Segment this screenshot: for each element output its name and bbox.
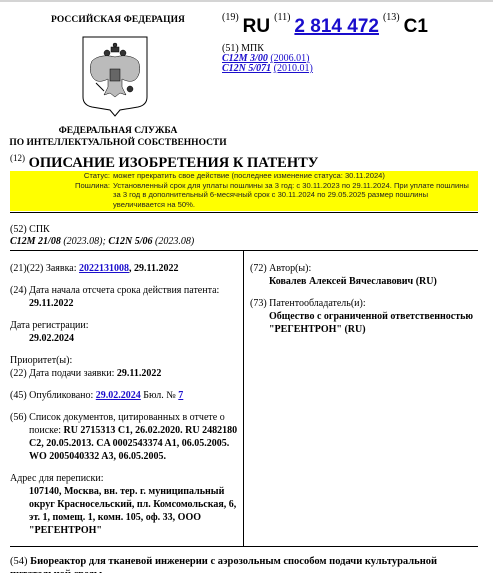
inid-54: (54) bbox=[10, 556, 28, 567]
agency-line-2: ПО ИНТЕЛЛЕКТУАЛЬНОЙ СОБСТВЕННОСТИ bbox=[0, 137, 236, 149]
inid-13: (13) bbox=[383, 12, 400, 23]
author-label: (72) Автор(ы): bbox=[250, 262, 485, 275]
published-label: (45) Опубликовано: bbox=[10, 390, 93, 401]
spk-version: (2023.08); bbox=[63, 236, 106, 247]
priority-field: Приоритет(ы): (22) Дата подачи заявки: 2… bbox=[10, 354, 242, 380]
top-border bbox=[0, 0, 493, 2]
registration-date: 29.02.2024 bbox=[10, 332, 242, 345]
status-box: Статус: может прекратить свое действие (… bbox=[10, 171, 478, 211]
filing-label: (22) Дата подачи заявки: bbox=[10, 368, 114, 379]
status-value: может прекратить свое действие (последне… bbox=[113, 171, 478, 181]
spk-version: (2023.08) bbox=[155, 236, 194, 247]
mpk-version-link[interactable]: (2010.01) bbox=[274, 63, 313, 74]
inid-19: (19) bbox=[222, 12, 239, 23]
published-date-link[interactable]: 29.02.2024 bbox=[96, 390, 141, 401]
country-code: RU bbox=[243, 16, 270, 37]
spk-codes: C12M 21/08 (2023.08); C12N 5/06 (2023.08… bbox=[10, 236, 194, 248]
owner-field: (73) Патентообладатель(и): Общество с ог… bbox=[250, 297, 485, 336]
divider bbox=[10, 212, 478, 213]
term-start-date: 29.11.2022 bbox=[10, 297, 242, 310]
inid-12: (12) bbox=[10, 153, 25, 163]
bulletin-label: Бюл. № bbox=[143, 390, 176, 401]
divider bbox=[10, 546, 478, 547]
document-title: (12) ОПИСАНИЕ ИЗОБРЕТЕНИЯ К ПАТЕНТУ bbox=[10, 153, 318, 172]
mpk-entry: C12N 5/071 (2010.01) bbox=[222, 64, 428, 74]
bibliographic-right-column: (72) Автор(ы): Ковалев Алексей Вячеславо… bbox=[250, 262, 485, 345]
kind-code: C1 bbox=[404, 16, 428, 37]
application-number-link[interactable]: 2022131008 bbox=[79, 263, 129, 274]
registration-field: Дата регистрации: 29.02.2024 bbox=[10, 319, 242, 345]
invention-title: (54) Биореактор для тканевой инженерии с… bbox=[10, 555, 480, 573]
application-field: (21)(22) Заявка: 2022131008, 29.11.2022 bbox=[10, 262, 242, 275]
term-start-label: (24) Дата начала отсчета срока действия … bbox=[10, 284, 242, 297]
bibliographic-left-column: (21)(22) Заявка: 2022131008, 29.11.2022 … bbox=[10, 262, 242, 546]
cited-value: RU 2715313 C1, 26.02.2020. RU 2482180 C2… bbox=[29, 425, 237, 462]
term-start-field: (24) Дата начала отсчета срока действия … bbox=[10, 284, 242, 310]
document-title-text: ОПИСАНИЕ ИЗОБРЕТЕНИЯ К ПАТЕНТУ bbox=[29, 155, 319, 171]
filing-row: (22) Дата подачи заявки: 29.11.2022 bbox=[10, 367, 242, 380]
bulletin-number-link[interactable]: 7 bbox=[178, 390, 183, 401]
mpk-code-link[interactable]: C12N 5/071 bbox=[222, 63, 271, 74]
spk-code: C12M 21/08 bbox=[10, 236, 61, 247]
address-value: 107140, Москва, вн. тер. г. муниципальны… bbox=[10, 485, 242, 537]
status-row: Статус: может прекратить свое действие (… bbox=[10, 171, 478, 181]
spk-section: (52) СПК C12M 21/08 (2023.08); C12N 5/06… bbox=[10, 224, 194, 248]
priority-label: Приоритет(ы): bbox=[10, 354, 242, 367]
divider bbox=[10, 250, 478, 251]
filing-date: 29.11.2022 bbox=[117, 368, 161, 379]
agency-name: ФЕДЕРАЛЬНАЯ СЛУЖБА ПО ИНТЕЛЛЕКТУАЛЬНОЙ С… bbox=[0, 125, 236, 149]
spk-code: C12N 5/06 bbox=[108, 236, 152, 247]
agency-line-1: ФЕДЕРАЛЬНАЯ СЛУЖБА bbox=[0, 125, 236, 137]
application-date: , 29.11.2022 bbox=[129, 263, 178, 274]
country-name: РОССИЙСКАЯ ФЕДЕРАЦИЯ bbox=[0, 15, 236, 25]
russian-coat-of-arms-icon bbox=[80, 35, 150, 117]
application-label: (21)(22) Заявка: bbox=[10, 263, 77, 274]
published-field: (45) Опубликовано: 29.02.2024 Бюл. № 7 bbox=[10, 389, 242, 402]
patent-number-link[interactable]: 2 814 472 bbox=[294, 16, 379, 37]
owner-label: (73) Патентообладатель(и): bbox=[250, 297, 485, 310]
status-label: Статус: bbox=[10, 171, 113, 181]
owner-value: Общество с ограниченной ответственностью… bbox=[250, 310, 485, 336]
fee-value: Установленный срок для уплаты пошлины за… bbox=[113, 181, 478, 210]
fee-label: Пошлина: bbox=[10, 181, 113, 210]
address-field: Адрес для переписки: 107140, Москва, вн.… bbox=[10, 472, 242, 537]
author-field: (72) Автор(ы): Ковалев Алексей Вячеславо… bbox=[250, 262, 485, 288]
patent-number-line: (19) RU (11) 2 814 472 (13) C1 bbox=[222, 12, 428, 42]
author-value: Ковалев Алексей Вячеславович (RU) bbox=[250, 275, 485, 288]
patent-header: (19) RU (11) 2 814 472 (13) C1 (51) МПК … bbox=[222, 12, 428, 74]
inid-11: (11) bbox=[274, 12, 290, 23]
invention-title-text: Биореактор для тканевой инженерии с аэро… bbox=[10, 556, 437, 573]
registration-label: Дата регистрации: bbox=[10, 319, 242, 332]
address-label: Адрес для переписки: bbox=[10, 472, 242, 485]
cited-documents-field: (56) Список документов, цитированных в о… bbox=[10, 411, 242, 463]
column-divider bbox=[243, 250, 244, 547]
fee-row: Пошлина: Установленный срок для уплаты п… bbox=[10, 181, 478, 210]
spk-label: (52) СПК bbox=[10, 224, 194, 236]
